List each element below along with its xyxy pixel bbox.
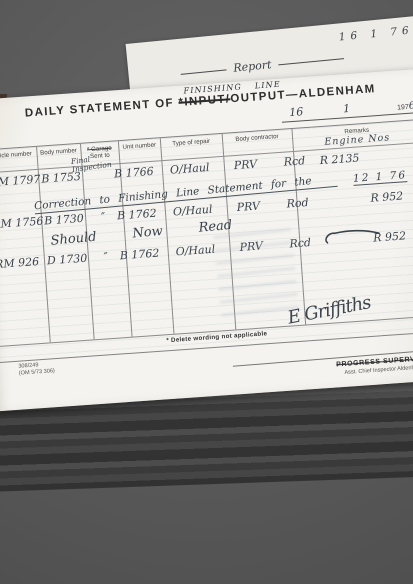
row2-remark: R 952 — [370, 189, 404, 204]
date-year-written: 6 — [408, 100, 413, 111]
row3-vehicle: RM 926 — [0, 255, 40, 271]
row3-ditto: ″ — [103, 250, 108, 263]
pen-dash — [278, 57, 344, 65]
title-lead: DAILY STATEMENT OF — [25, 97, 179, 120]
row2-type: O/Haul — [173, 203, 213, 219]
date-line: 16 1 1976 — [281, 97, 413, 122]
date-day: 16 — [289, 105, 304, 119]
column-header-contractor: Body contractor — [222, 132, 292, 144]
row1-type: O/Haul — [170, 161, 210, 177]
row3-unit: B 1762 — [119, 247, 159, 263]
column-header-type: Type of repair — [160, 137, 222, 148]
date-year-printed: 197 — [397, 104, 409, 112]
row2-vehicle: RM 1756 — [0, 215, 44, 232]
date-month: 1 — [343, 102, 351, 115]
column-header-body: Body number — [36, 147, 80, 157]
form-reference-code: (OM 5/73 306) — [19, 368, 55, 377]
column-header-unit: Unit number — [118, 141, 160, 151]
form-sheet: Finishing Line DAILY STATEMENT OF *INPUT… — [0, 69, 413, 412]
form-reference: 308/249 (OM 5/73 306) — [18, 361, 55, 377]
row1-remark-number: R 2135 — [319, 151, 360, 167]
title-struck-word: *INPUT/ — [178, 93, 231, 109]
back-sheet-date: 16 1 76 — [338, 24, 413, 43]
pen-tick-mark — [321, 225, 382, 247]
row2-ditto: ″ — [101, 210, 106, 223]
handwritten-correction-date: 12 1 76 — [353, 169, 408, 186]
row1-body: B 1753 — [41, 170, 81, 186]
column-header-vehicle: Vehicle number — [0, 150, 37, 161]
photo-stage: Report 16 1 76 Finishing Line DAILY STAT… — [0, 0, 413, 584]
row1-vehicle: RM 1797 — [0, 173, 41, 190]
statement-table: Vehicle number Body number * GarageSent … — [0, 119, 413, 363]
delete-wording-footnote: * Delete wording not applicable — [0, 318, 413, 356]
row3-body: D 1730 — [47, 252, 88, 268]
row1-unit: B 1766 — [114, 165, 154, 181]
pen-dash — [181, 68, 227, 74]
date-year: 1976 — [397, 100, 413, 112]
row2-received: Rod — [286, 196, 309, 210]
row1-contractor: PRV — [233, 158, 257, 173]
row2-body: B 1730 — [44, 212, 84, 228]
row2-unit: B 1762 — [117, 207, 157, 223]
row2-contractor: PRV — [236, 199, 260, 214]
row1-received: Rcd — [283, 154, 305, 168]
back-sheet-note-word: Report — [233, 58, 272, 75]
row3-type: O/Haul — [175, 243, 215, 259]
